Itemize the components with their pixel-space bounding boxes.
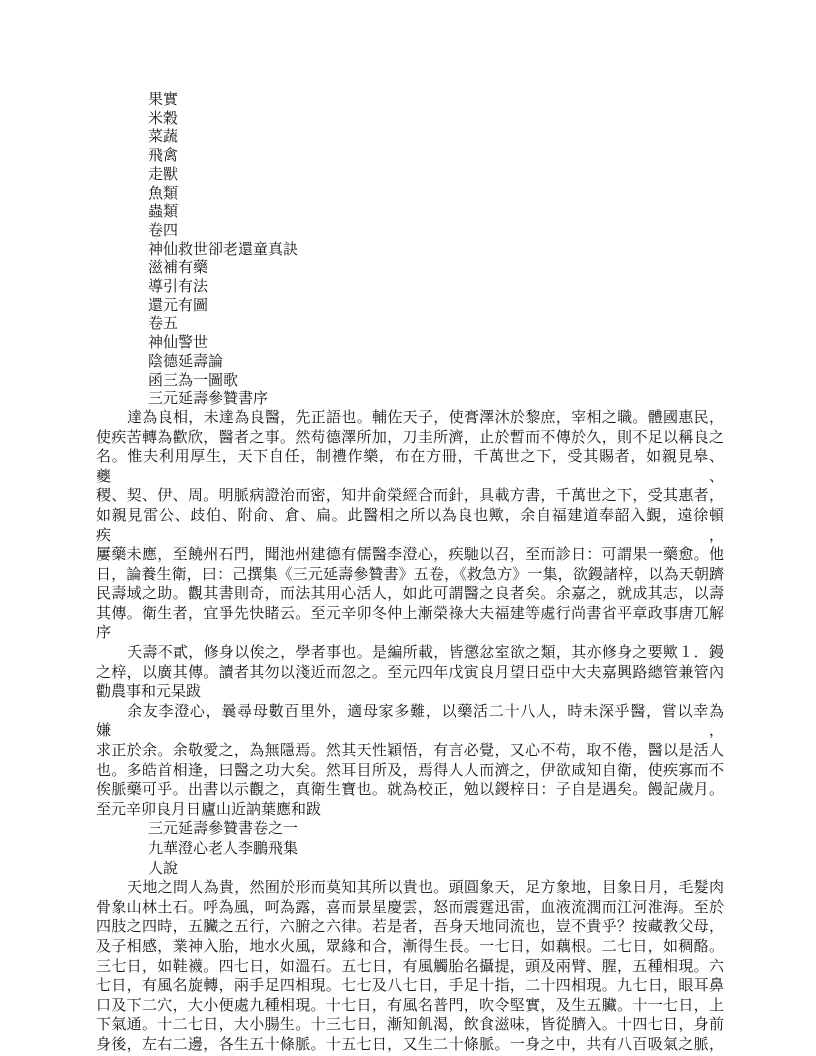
postscript-line: 求正於余。余敬愛之，為無隱焉。然其天性穎悟，有言必覺，又心不苟，取不倦，醫以是活…: [96, 742, 724, 762]
postscript-ye-yinghe: 余友李澄心，曩尋母數百里外，適母家多難，以藥活二十八人，時未深乎醫，嘗以幸為嫌，…: [96, 703, 724, 821]
toc-entry: 還元有圖: [96, 297, 724, 316]
table-of-contents: 果實米穀菜蔬飛禽走獸魚類蟲類卷四神仙救世卻老還童真訣滋補有藥導引有法還元有圖卷五…: [96, 91, 724, 409]
toc-entry: 陰德延壽論: [96, 353, 724, 372]
postscript-line: 余友李澄心，曩尋母數百里外，適母家多難，以藥活二十八人，時未深乎醫，嘗以幸為嫌，: [96, 703, 724, 742]
volume-heading-line: 人說: [96, 860, 724, 880]
preface-line: 民壽域之助。觀其書則奇，而法其用心活人，如此可謂醫之良者矣。余嘉之，就成其志，以…: [96, 585, 724, 605]
preface-paragraph: 達為良相，未達為良醫，先正語也。輔佐天子，使膏澤沐於黎庶，宰相之職。體國惠民，使…: [96, 409, 724, 644]
postscript-line: 也。多皓首相逢，曰醫之功大矣。然耳目所及，焉得人人而濟之，伊欲咸知自衛，使疾寡而…: [96, 762, 724, 782]
preface-line: 如親見雷公、歧伯、附俞、倉、扁。此醫相之所以為良也歟，余自福建道奉韶入覲，遠徐頓…: [96, 507, 724, 546]
postscript-line: 勸農事和元杲跋: [96, 683, 724, 703]
toc-entry: 蟲類: [96, 203, 724, 222]
preface-line: 其傳。衛生者，宜爭先快睹云。至元辛卯冬仲上漸榮祿大夫福建等處行尚書省平章政事唐兀…: [96, 605, 724, 625]
toc-entry: 神仙警世: [96, 334, 724, 353]
toc-entry: 魚類: [96, 185, 724, 204]
chapter-text-line: 及子相感，業神入胎，地水火風，眾緣和合，漸得生長。一七日，如藕根。二七日，如稠酪…: [96, 938, 724, 958]
toc-entry: 卷五: [96, 315, 724, 334]
volume-heading-line: 三元延壽參贊書卷之一: [96, 820, 724, 840]
postscript-line: 俟脈藥可乎。出書以示觀之，真衛生寶也。就為校正，勉以鍐梓日：子自是遇矣。饅記歲月…: [96, 781, 724, 801]
postscript-line: 夭壽不貳，修身以俟之，學者事也。是編所載，皆懲忿室欲之類，其亦修身之要歟１．鏝: [96, 644, 724, 664]
postscript-he-yuangao: 夭壽不貳，修身以俟之，學者事也。是編所載，皆懲忿室欲之類，其亦修身之要歟１．鏝之…: [96, 644, 724, 703]
toc-entry: 三元延壽參贊書序: [96, 390, 724, 409]
volume-one-headings: 三元延壽參贊書卷之一九華澄心老人李鵬飛集人說: [96, 820, 724, 879]
preface-line: 名。惟夫利用厚生，天下自任，制禮作樂，布在方冊，千萬世之下，受其賜者，如親見皋、…: [96, 448, 724, 487]
chapter-text-line: 口及下二穴，大小便處九種相現。十七日，有風名普門，吹令堅實，及生五臟。十一七日，…: [96, 997, 724, 1017]
toc-entry: 飛禽: [96, 147, 724, 166]
preface-line: 稷、契、伊、周。明脈病證治而密，知井俞榮經合而針，具載方書，千萬世之下，受其惠者…: [96, 487, 724, 507]
volume-heading-line: 九華澄心老人李鵬飛集: [96, 840, 724, 860]
toc-entry: 果實: [96, 91, 724, 110]
postscript-line: 之梓，以廣其傳。讀者其勿以淺近而忽之。至元四年戊寅良月望日亞中大夫嘉興路總管兼管…: [96, 664, 724, 684]
toc-entry: 神仙救世卻老還童真訣: [96, 241, 724, 260]
preface-line: 屢藥未應，至饒州石門，聞池州建德有儒醫李澄心，疾馳以召，至而診日：可謂果一藥愈。…: [96, 546, 724, 566]
preface-line: 序: [96, 624, 724, 644]
toc-entry: 導引有法: [96, 278, 724, 297]
toc-entry: 卷四: [96, 222, 724, 241]
chapter-text-line: 身後，左右二邊，各生五十條脈。十五七日，又生二十條脈。一身之中，共有八百吸氣之脈…: [96, 1036, 724, 1056]
toc-entry: 函三為一圖歌: [96, 372, 724, 391]
toc-entry: 米穀: [96, 110, 724, 129]
toc-entry: 走獸: [96, 166, 724, 185]
preface-line: 使疾苦轉為歡欣，醫者之事。然苟德澤所加，刀圭所濟，止於暫而不傳於久，則不足以稱良…: [96, 429, 724, 449]
preface-line: 達為良相，未達為良醫，先正語也。輔佐天子，使膏澤沐於黎庶，宰相之職。體國惠民，: [96, 409, 724, 429]
chapter-text-line: 四肢之四時，五臟之五行，六腑之六律。若是者，吾身天地同流也，豈不貴乎？按藏教父母…: [96, 918, 724, 938]
preface-line: 日，論養生衛，曰：己撰集《三元延壽參贊書》五卷，《救急方》一集，欲鏝諸梓，以為天…: [96, 566, 724, 586]
chapter-text-line: 三七日，如鞋襪。四七日，如溫石。五七日，有風觸胎名攝提，頭及兩臂、腥，五種相現。…: [96, 958, 724, 978]
chapter-text-line: 骨象山林土石。呼為風，呵為露，喜而景星慶雲，怒而震霆迅雷，血液流潤而江河淮海。至…: [96, 899, 724, 919]
postscript-line: 至元辛卯良月日廬山近訥葉應和跋: [96, 801, 724, 821]
toc-entry: 滋補有藥: [96, 259, 724, 278]
toc-entry: 菜蔬: [96, 128, 724, 147]
chapter-text-line: 天地之問人為貴，然囿於形而莫知其所以貴也。頭圓象天，足方象地，目象日月，毛髮肉: [96, 879, 724, 899]
chapter-text-line: 七日，有風名旋轉，兩手足四相現。七七及八七日，手足十指，二十四相現。九七日，眼耳…: [96, 977, 724, 997]
chapter-text-line: 下氣通。十二七日，大小腸生。十三七日，漸知飢渴，飲食滋味，皆從臍入。十四七日，身…: [96, 1016, 724, 1036]
chapter-renshuo-paragraph: 天地之問人為貴，然囿於形而莫知其所以貴也。頭圓象天，足方象地，目象日月，毛髮肉骨…: [96, 879, 724, 1055]
document-page: 果實米穀菜蔬飛禽走獸魚類蟲類卷四神仙救世卻老還童真訣滋補有藥導引有法還元有圖卷五…: [96, 91, 724, 1056]
